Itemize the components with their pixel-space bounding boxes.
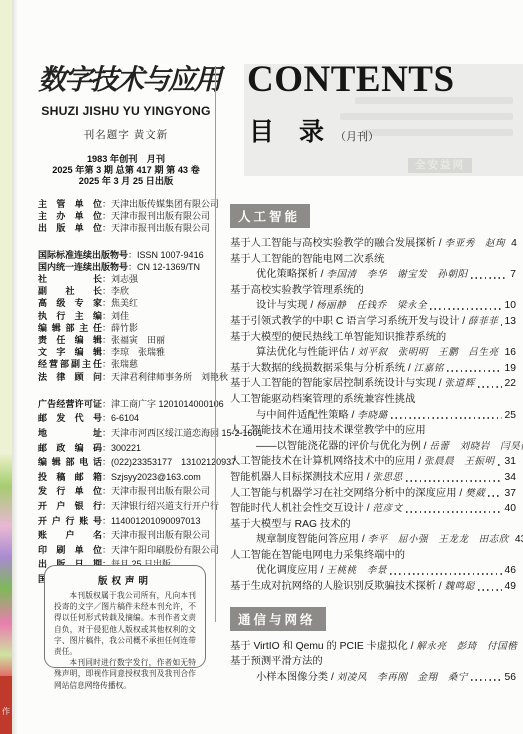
article-entry: 与中间件适配性策略 / 李晓璐25: [230, 408, 516, 424]
article-authors: 岳蕾 刘晓岩 闫昊伸: [429, 441, 523, 452]
article-entry: 智能机器人目标探测技术应用 / 张思思34: [230, 470, 516, 486]
page-number: 10: [505, 298, 516, 314]
founded-line: 1983 年创刊 月刊: [38, 154, 214, 165]
article-title-line: 人工智能驱动档案管理的系统兼容性挑战: [230, 392, 516, 408]
article-entry: 基于人工智能的智能家居控制系统设计与实现 / 张道辉22: [230, 376, 516, 392]
section-header: 人工智能: [230, 204, 310, 228]
dotted-leader: [406, 511, 502, 513]
article-title: 人工智能在智能电网电力采集终端中的: [230, 550, 405, 561]
article-title: 基于大数据的线损数据采集与分析系统 / 江嘉铭: [230, 361, 444, 377]
page-number: 49: [505, 579, 516, 595]
article-entry: 基于人工智能与高校实验教学的融合发展探析 / 李亚秀 赵珣4: [230, 236, 516, 252]
article-title: 基于人工智能的智能电网二次系统: [230, 254, 384, 265]
article-authors: 刘平叙 张明明 王鹏 吕生亮: [357, 347, 498, 358]
masthead-line: 广告经营许可证：津工商广字 1201014000106: [38, 397, 214, 412]
masthead-line: 国际标准连续出版物号：ISSN 1007-9416: [38, 249, 214, 261]
contents-title-cn: 目 录: [249, 112, 333, 148]
page-number: 19: [505, 361, 516, 377]
page-number: 34: [505, 470, 516, 486]
article-authors: 王桃桃 李景: [326, 565, 387, 576]
page-number: 37: [505, 486, 516, 502]
article-title: 基于引领式教学的中职 C 语言学习系统开发与设计 / 薛菲菲: [230, 314, 498, 330]
masthead-staff: 国际标准连续出版物号：ISSN 1007-9416国内统一连续出版物号：CN 1…: [38, 249, 214, 383]
masthead-value: (022)23353177 13102120937: [111, 457, 236, 467]
masthead-value: 天津市报刊出版有限公司: [111, 486, 210, 496]
toc: 人工智能基于人工智能与高校实验教学的融合发展探析 / 李亚秀 赵珣4基于人工智能…: [230, 204, 516, 697]
page-number: 25: [505, 408, 516, 424]
article-title-line: 人工智能技术在通用技术课堂教学中的应用: [230, 423, 516, 439]
article-entry: 人工智能技术在计算机网络技术中的应用 / 张晨晨 王振明31: [230, 454, 516, 470]
masthead-line: 执行主编：刘佳: [38, 310, 214, 322]
publish-date-line: 2025 年 3 月 25 日出版: [38, 176, 214, 187]
article-title: 基于人工智能的智能家居控制系统设计与实现 / 张道辉: [230, 376, 475, 392]
article-authors: 张道辉: [445, 378, 475, 389]
article-title: 基于高校实验教学管理系统的: [230, 285, 364, 296]
article-title: 算法优化与性能评估 / 刘平叙 张明明 王鹏 吕生亮: [256, 345, 499, 361]
masthead-line: 账户名：天津市报刊出版有限公司: [38, 528, 214, 543]
article-entry: 规章制度智能问答应用 / 李平 屈小强 王龙龙 田志欣43: [230, 532, 516, 548]
article-authors: 樊葳: [465, 488, 485, 499]
masthead-line: 国内统一连续出版物号：CN 12-1369/TN: [38, 261, 214, 273]
article-authors: 杨丽静 任钱乔 梁永全: [316, 300, 427, 311]
article-list: 基于人工智能与高校实验教学的融合发展探析 / 李亚秀 赵珣4基于人工智能的智能电…: [230, 236, 516, 595]
dotted-leader: [478, 589, 502, 591]
masthead-value: 天津银行绍兴道支行开户行: [111, 501, 219, 511]
masthead-line: 编辑部主任：薛竹影: [38, 322, 214, 334]
masthead-label: 发行单位: [38, 484, 102, 499]
showthrough-text-bar: [362, 129, 513, 136]
article-authors: 李晓璐: [357, 410, 387, 421]
masthead-line: 开户行账号：114001201090097013: [38, 514, 214, 529]
section-header: 通信与网络: [230, 607, 326, 631]
masthead-value: 天津出版传媒集团有限公司: [111, 199, 219, 209]
article-title-line: 基于人工智能的智能电网二次系统: [230, 252, 516, 268]
copyright-title: 版权声明: [54, 573, 196, 587]
masthead-line: 开户银行：天津银行绍兴道支行开户行: [38, 499, 214, 514]
article-authors: 薛菲菲: [468, 316, 498, 327]
dotted-leader: [447, 370, 502, 372]
masthead-label: 投稿邮箱: [38, 470, 102, 485]
article-title: 优化调度应用 / 王桃桃 李景: [256, 563, 387, 579]
masthead-label: 国际标准连续出版物号: [38, 249, 128, 261]
inscription-credit: 刊名题字 黄文新: [38, 127, 214, 142]
masthead-label: 地址: [38, 426, 102, 441]
contents-subtitle: （月刊）: [335, 128, 379, 144]
article-title: 基于人工智能与高校实验教学的融合发展探析 / 李亚秀 赵珣: [230, 236, 505, 252]
page-number: 43: [515, 532, 523, 548]
masthead-label: 印刷单位: [38, 543, 102, 558]
masthead-value: 李琼 张瑞雅: [111, 347, 165, 357]
article-title-line: 基于预测平滑方法的: [230, 654, 516, 670]
dotted-leader: [478, 386, 502, 388]
article-title: 设计与实现 / 杨丽静 任钱乔 梁永全: [256, 298, 427, 314]
article-title: 优化策略探析 / 李国清 李华 谢宝发 孙朝阳: [256, 267, 468, 283]
page-number: 7: [510, 267, 516, 283]
article-entry: 小样本图像分类 / 刘凌风 李再刚 金翔 桑宁56: [230, 670, 516, 686]
article-title: 智能机器人目标探测技术应用 / 张思思: [230, 470, 403, 486]
masthead-line: 副社长：李欣: [38, 285, 214, 297]
spine-floral-art: [0, 455, 12, 677]
page-number: 31: [505, 454, 516, 470]
copyright-box: 版权声明 本刊版权属于我公司所有，凡向本刊投寄的文字／图片稿件未经本刊允许，不得…: [44, 565, 206, 668]
masthead-line: 文字编辑：李琼 张瑞雅: [38, 346, 214, 358]
masthead-label: 出版单位: [38, 222, 102, 234]
article-authors: 刘凌风 李再刚 金翔 桑宁: [337, 672, 468, 683]
article-authors: 江嘉铭: [414, 363, 444, 374]
article-title-line: 基于高校实验教学管理系统的: [230, 283, 516, 299]
masthead-label: 文字编辑: [38, 346, 102, 358]
masthead-label: 执行主编: [38, 310, 102, 322]
masthead-label: 账户名: [38, 528, 102, 543]
article-authors: 李亚秀 赵珣: [445, 238, 506, 249]
masthead-value: 天津午阳印刷股份有限公司: [111, 545, 219, 555]
dotted-leader: [391, 417, 502, 419]
article-title-line: 基于大模型与 RAG 技术的: [230, 517, 516, 533]
masthead-line: 社长：刘志强: [38, 273, 214, 285]
issue-info: 1983 年创刊 月刊 2025 年第 3 期 总第 417 期 第 43 卷 …: [38, 154, 214, 187]
masthead-line: 主办单位：天津市报刊出版有限公司: [38, 210, 214, 222]
masthead-value: 张瑞慈: [111, 359, 138, 369]
masthead-label: 社长: [38, 273, 102, 285]
article-title: 规章制度智能问答应用 / 李平 屈小强 王龙龙 田志欣: [256, 532, 509, 548]
page-number: 16: [505, 345, 516, 361]
article-list: 基于 VirtIO 和 Qemu 的 PCIE 卡虚拟化 / 解永亮 彭琦 付国…: [230, 639, 516, 686]
masthead-line: 投稿邮箱：Szjsyy2023@163.com: [38, 470, 214, 485]
article-entry: ——以智能浇花器的评价与优化为例 / 岳蕾 刘晓岩 闫昊伸28: [230, 439, 516, 455]
page-number: 4: [511, 236, 517, 252]
masthead-label: 主办单位: [38, 210, 102, 222]
article-title: 人工智能驱动档案管理的系统兼容性挑战: [230, 394, 415, 405]
masthead-label: 国内统一连续出版物号: [38, 261, 128, 273]
masthead-label: 经营部副主任: [38, 358, 102, 370]
masthead-line: 邮政编码：300221: [38, 441, 214, 456]
article-authors: 张思思: [372, 472, 402, 483]
masthead-line: 地址：天津市河西区绥江道恋海园 15-2-1601: [38, 426, 214, 441]
article-entry: 基于引领式教学的中职 C 语言学习系统开发与设计 / 薛菲菲13: [230, 314, 516, 330]
masthead-value: 天津君利律师事务所 刘艳秋: [111, 372, 228, 382]
article-authors: 李国清 李华 谢宝发 孙朝阳: [326, 269, 467, 280]
article-title: 人工智能技术在计算机网络技术中的应用 / 张晨晨 王振明: [230, 454, 495, 470]
issue-line: 2025 年第 3 期 总第 417 期 第 43 卷: [38, 165, 214, 176]
spine-red-corner: [0, 676, 12, 734]
article-title: ——以智能浇花器的评价与优化为例 / 岳蕾 刘晓岩 闫昊伸: [256, 439, 523, 455]
article-title-line: 人工智能在智能电网电力采集终端中的: [230, 548, 516, 564]
article-entry: 人工智能与机器学习在社交网络分析中的深度应用 / 樊葳37: [230, 486, 516, 502]
masthead-value: 114001201090097013: [111, 516, 200, 526]
masthead-line: 邮发代号：6-6104: [38, 411, 214, 426]
journal-title-pinyin: SHUZI JISHU YU YINGYONG: [38, 104, 214, 118]
page-edge-shadow: [12, 0, 18, 734]
article-title: 人工智能技术在通用技术课堂教学中的应用: [230, 425, 426, 436]
article-entry: 优化调度应用 / 王桃桃 李景46: [230, 563, 516, 579]
masthead-label: 编辑部电话: [38, 455, 102, 470]
masthead-value: CN 12-1369/TN: [137, 262, 200, 272]
masthead-value: 张福寅 田丽: [111, 335, 165, 345]
masthead-value: 天津市报刊出版有限公司: [111, 223, 210, 233]
dotted-leader: [498, 464, 502, 466]
article-entry: 算法优化与性能评估 / 刘平叙 张明明 王鹏 吕生亮16: [230, 345, 516, 361]
masthead-label: 高级专家: [38, 297, 102, 309]
dotted-leader: [471, 277, 508, 279]
masthead-value: 6-6104: [111, 413, 139, 423]
masthead-value: 津工商广字 1201014000106: [111, 399, 224, 409]
masthead-value: 天津市报刊出版有限公司: [111, 211, 210, 221]
journal-toc-page: 作 数字技术与应用 SHUZI JISHU YU YINGYONG 刊名题字 黄…: [0, 0, 523, 734]
masthead-line: 责任编辑：张福寅 田丽: [38, 334, 214, 346]
dotted-leader: [471, 679, 502, 681]
masthead-line: 法律顾问：天津君利律师事务所 刘艳秋: [38, 371, 214, 383]
masthead-value: 300221: [111, 443, 141, 453]
dotted-leader: [406, 480, 502, 482]
masthead-label: 开户行账号: [38, 514, 102, 529]
article-title: 智能时代人机社会性交互设计 / 范彦文: [230, 501, 403, 517]
page-number: 56: [505, 670, 516, 686]
article-title: 基于大模型与 RAG 技术的: [230, 519, 351, 530]
article-authors: 魏鸣聪: [445, 581, 475, 592]
article-authors: 张晨晨 王振明: [424, 456, 495, 467]
masthead-line: 发行单位：天津市报刊出版有限公司: [38, 484, 214, 499]
masthead-label: 广告经营许可证: [38, 397, 102, 412]
masthead-line: 印刷单位：天津午阳印刷股份有限公司: [38, 543, 214, 558]
masthead-label: 副社长: [38, 285, 102, 297]
masthead-line: 出版单位：天津市报刊出版有限公司: [38, 222, 214, 234]
article-entry: 优化策略探析 / 李国清 李华 谢宝发 孙朝阳7: [230, 267, 516, 283]
contents-title-cn-row: 目 录 （月刊）: [249, 112, 379, 148]
masthead-publishers: 主管单位：天津出版传媒集团有限公司主办单位：天津市报刊出版有限公司出版单位：天津…: [38, 198, 214, 235]
masthead-value: Szjsyy2023@163.com: [111, 472, 201, 482]
masthead-value: 刘志强: [111, 274, 138, 284]
copyright-paragraph: 本刊版权属于我公司所有，凡向本刊投寄的文字／图片稿件未经本刊允许，不得以任何形式…: [54, 590, 196, 657]
dotted-leader: [390, 573, 502, 575]
journal-title-calligraphy: 数字技术与应用: [38, 58, 214, 98]
masthead-label: 邮政编码: [38, 441, 102, 456]
column-divider: [215, 66, 216, 622]
masthead-line: 编辑部电话：(022)23353177 13102120937: [38, 455, 214, 470]
page-number: 13: [505, 314, 516, 330]
masthead-line: 高级专家：焦美红: [38, 297, 214, 309]
article-title: 小样本图像分类 / 刘凌风 李再刚 金翔 桑宁: [256, 670, 468, 686]
masthead-label: 法律顾问: [38, 371, 102, 383]
article-title: 基于大模型的便民热线工单智能知识推荐系统的: [230, 332, 446, 343]
masthead-line: 经营部副主任：张瑞慈: [38, 358, 214, 370]
article-title: 与中间件适配性策略 / 李晓璐: [256, 408, 388, 424]
dotted-leader: [488, 495, 501, 497]
article-entry: 基于 VirtIO 和 Qemu 的 PCIE 卡虚拟化 / 解永亮 彭琦 付国…: [230, 639, 516, 655]
article-title: 基于生成对抗网络的人脸识别反欺骗技术探析 / 魏鸣聪: [230, 579, 475, 595]
article-authors: 解永亮 彭琦 付国楷: [416, 641, 517, 652]
masthead-label: 编辑部主任: [38, 322, 102, 334]
masthead-value: 李欣: [111, 286, 129, 296]
article-entry: 智能时代人机社会性交互设计 / 范彦文40: [230, 501, 516, 517]
masthead-label: 开户银行: [38, 499, 102, 514]
article-authors: 李平 屈小强 王龙龙 田志欣: [368, 534, 509, 545]
article-title-line: 基于大模型的便民热线工单智能知识推荐系统的: [230, 330, 516, 346]
masthead-label: 主管单位: [38, 198, 102, 210]
masthead-value: 焦美红: [111, 298, 138, 308]
article-entry: 基于大数据的线损数据采集与分析系统 / 江嘉铭19: [230, 361, 516, 377]
article-title: 基于 VirtIO 和 Qemu 的 PCIE 卡虚拟化 / 解永亮 彭琦 付国…: [230, 639, 517, 655]
masthead-contact: 广告经营许可证：津工商广字 1201014000106邮发代号：6-6104地址…: [38, 397, 214, 587]
page-number: 40: [505, 501, 516, 517]
masthead-label: 责任编辑: [38, 334, 102, 346]
masthead-value: ISSN 1007-9416: [137, 250, 204, 260]
contents-title-en: CONTENTS: [247, 58, 455, 101]
spine-character: 作: [2, 706, 10, 717]
page-number: 46: [505, 563, 516, 579]
masthead-value: 刘佳: [111, 311, 129, 321]
article-entry: 设计与实现 / 杨丽静 任钱乔 梁永全10: [230, 298, 516, 314]
masthead-column: 数字技术与应用 SHUZI JISHU YU YINGYONG 刊名题字 黄文新…: [38, 58, 214, 587]
article-entry: 基于生成对抗网络的人脸识别反欺骗技术探析 / 魏鸣聪49: [230, 579, 516, 595]
masthead-label: 邮发代号: [38, 411, 102, 426]
article-title: 基于预测平滑方法的: [230, 656, 323, 667]
article-title: 人工智能与机器学习在社交网络分析中的深度应用 / 樊葳: [230, 486, 485, 502]
copyright-paragraph: 本刊同时进行数字发行，作者如无特殊声明，即视作同意授权我刊及我刊合作网站信息网络…: [54, 657, 196, 691]
showthrough-stamp: 全安益网: [408, 158, 472, 173]
masthead-value: 天津市报刊出版有限公司: [111, 530, 210, 540]
dotted-leader: [430, 308, 501, 310]
masthead-value: 薛竹影: [111, 323, 138, 333]
page-number: 22: [505, 376, 516, 392]
article-authors: 范彦文: [372, 503, 402, 514]
masthead-line: 主管单位：天津出版传媒集团有限公司: [38, 198, 214, 210]
